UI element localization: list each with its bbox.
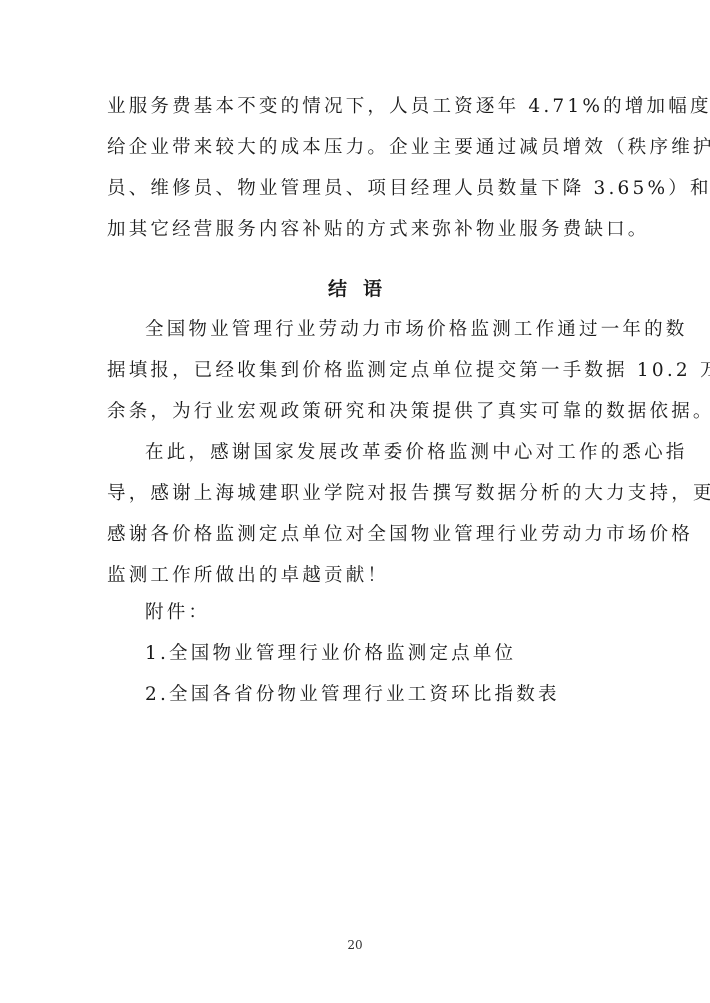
body-text-line: 全国物业管理行业劳动力市场价格监测工作通过一年的数 — [145, 318, 607, 342]
body-text-line: 给企业带来较大的成本压力。企业主要通过减员增效（秩序维护 — [107, 136, 607, 160]
attachment-item: 2.全国各省份物业管理行业工资环比指数表 — [145, 683, 560, 707]
body-text-line: 感谢各价格监测定点单位对全国物业管理行业劳动力市场价格 — [107, 523, 607, 547]
body-text-line: 加其它经营服务内容补贴的方式来弥补物业服务费缺口。 — [107, 218, 607, 242]
body-text-line: 余条，为行业宏观政策研究和决策提供了真实可靠的数据依据。 — [107, 400, 607, 424]
page-number: 20 — [0, 938, 710, 952]
body-text-line: 业服务费基本不变的情况下，人员工资逐年 4.71%的增加幅度， — [107, 95, 607, 119]
body-text-line: 员、维修员、物业管理员、项目经理人员数量下降 3.65%）和增 — [107, 177, 607, 201]
attachment-item: 1.全国物业管理行业价格监测定点单位 — [145, 642, 516, 666]
body-text-line: 监测工作所做出的卓越贡献！ — [107, 564, 607, 588]
body-text-line: 导，感谢上海城建职业学院对报告撰写数据分析的大力支持，更 — [107, 482, 607, 506]
section-heading: 结语 — [0, 277, 710, 301]
body-text-line: 据填报，已经收集到价格监测定点单位提交第一手数据 10.2 万 — [107, 359, 607, 383]
body-text-line: 在此，感谢国家发展改革委价格监测中心对工作的悉心指 — [145, 441, 607, 465]
document-page: 业服务费基本不变的情况下，人员工资逐年 4.71%的增加幅度， 给企业带来较大的… — [0, 0, 710, 1003]
attachments-label: 附件： — [145, 601, 210, 625]
